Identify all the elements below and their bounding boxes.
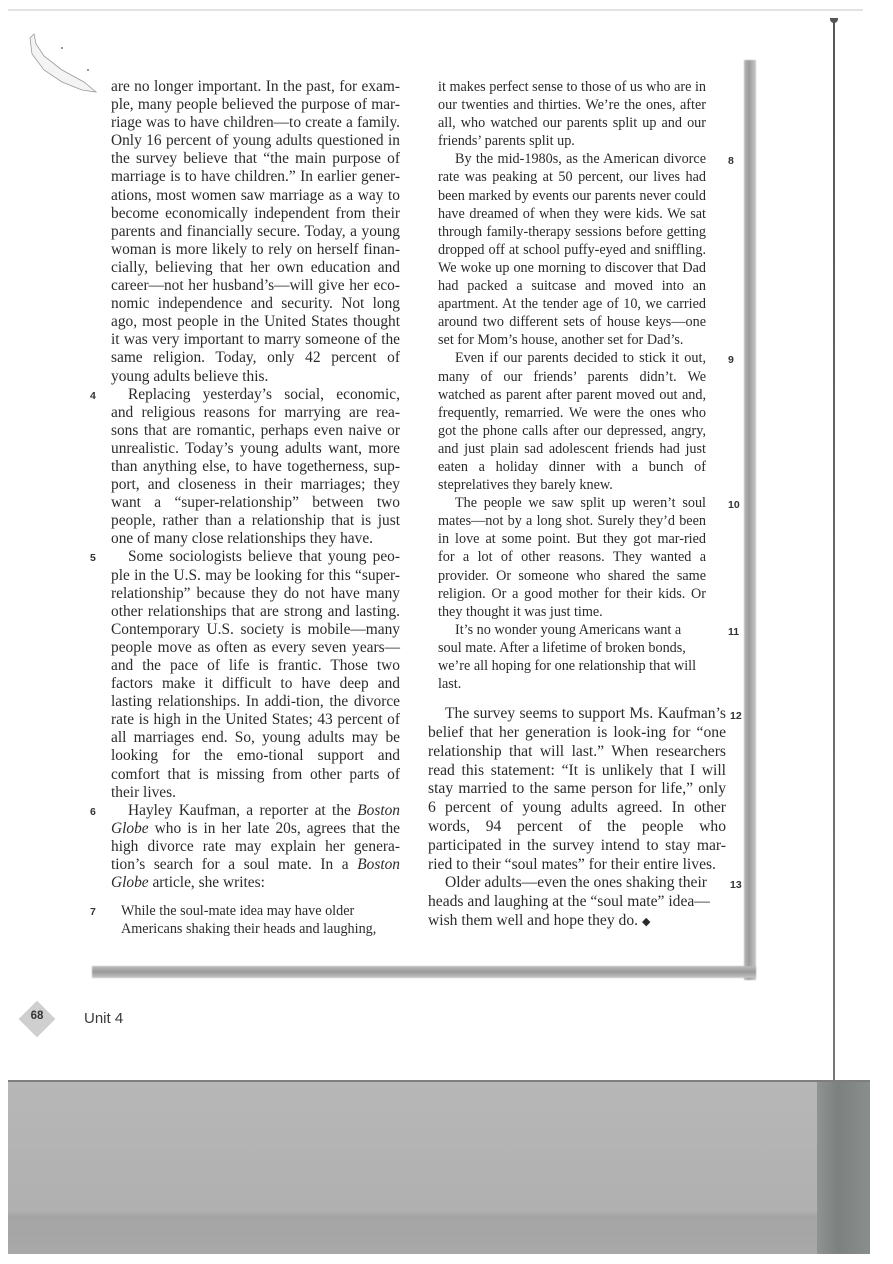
unit-label: Unit 4 <box>84 1010 123 1027</box>
end-of-article-diamond-icon: ◆ <box>642 916 650 928</box>
left-column: are no longer important. In the past, fo… <box>111 78 400 938</box>
paragraph-number: 7 <box>90 903 96 921</box>
paragraph-number: 5 <box>90 549 96 567</box>
paragraph-8: 8By the mid-1980s, as the American divor… <box>438 150 706 349</box>
paragraph-5: 5Some sociologists believe that young pe… <box>111 548 400 801</box>
paragraph-7-continued: it makes perfect sense to those of us wh… <box>438 78 706 150</box>
paragraph-text: Replacing yesterday’s social, economic, … <box>111 386 400 548</box>
paragraph-number: 4 <box>90 387 96 405</box>
paragraph-text: While the soul-mate idea may have older … <box>121 903 376 937</box>
article-box-shadow-right <box>744 60 756 980</box>
right-column: it makes perfect sense to those of us wh… <box>438 78 706 932</box>
paragraph-text: By the mid-1980s, as the American divorc… <box>438 151 706 348</box>
paragraph-number: 6 <box>90 803 96 821</box>
torn-paper-icon <box>22 30 102 100</box>
paragraph-text: article, she writes: <box>149 874 265 891</box>
paragraph-number: 8 <box>728 152 734 170</box>
paragraph-6: 6Hayley Kaufman, a reporter at the Bosto… <box>111 802 400 892</box>
scanner-bed-shadow <box>817 1082 870 1254</box>
paragraph-number: 9 <box>728 351 734 369</box>
body-after-quote: 12The survey seems to support Ms. Kaufma… <box>428 705 726 932</box>
paragraph-number: 12 <box>730 707 742 726</box>
page-number: 68 <box>18 1010 56 1022</box>
paragraph-text: Some sociologists believe that young peo… <box>111 548 400 800</box>
paragraph-text: Even if our parents decided to stick it … <box>438 350 706 493</box>
paragraph-text: The people we saw split up weren’t soul … <box>438 495 706 620</box>
paragraph-number: 11 <box>728 623 739 641</box>
article-box-shadow-bottom <box>92 966 756 978</box>
paragraph-4: 4Replacing yesterday’s social, economic,… <box>111 386 400 549</box>
paragraph-3-continued: are no longer important. In the past, fo… <box>111 78 400 386</box>
paragraph-text: Hayley Kaufman, a reporter at the <box>128 802 357 819</box>
paragraph-11: 11It’s no wonder young Americans want a … <box>438 621 706 693</box>
scan-top-edge <box>8 9 863 11</box>
page-number-badge: 68 <box>18 1000 56 1038</box>
paragraph-12: 12The survey seems to support Ms. Kaufma… <box>428 705 726 874</box>
scanner-bed-background <box>8 1082 870 1254</box>
paragraph-7-quote: 7While the soul-mate idea may have older… <box>111 902 400 938</box>
binding-edge-line <box>833 18 835 1080</box>
paragraph-13: 13Older adults—even the ones shaking the… <box>428 874 726 931</box>
paragraph-text: Older adults—even the ones shaking their… <box>428 874 710 929</box>
paragraph-text: The survey seems to support Ms. Kaufman’… <box>428 705 726 872</box>
paragraph-number: 13 <box>730 876 742 895</box>
paragraph-10: 10The people we saw split up weren’t sou… <box>438 494 706 621</box>
paragraph-text: It’s no wonder young Americans want a so… <box>438 622 696 692</box>
paragraph-number: 10 <box>728 496 740 514</box>
paragraph-9: 9Even if our parents decided to stick it… <box>438 349 706 494</box>
